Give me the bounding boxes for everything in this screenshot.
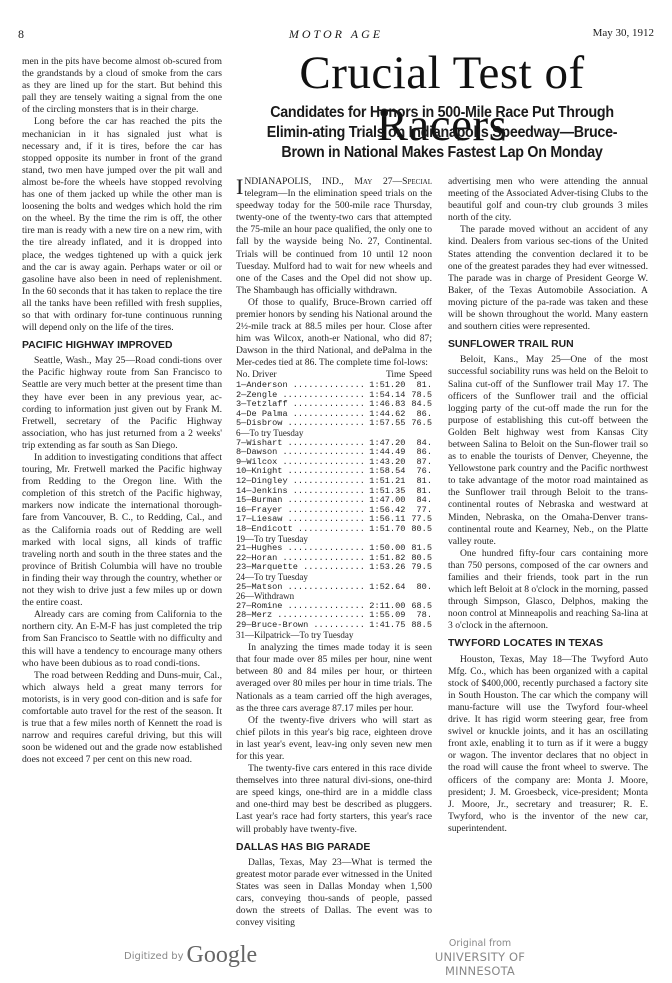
driver-name: Wilcox bbox=[246, 458, 277, 467]
driver-cell: 29—Bruce-Brown .........................… bbox=[236, 621, 364, 631]
time-trials-table: No. Driver Time Speed 1—Anderson .......… bbox=[236, 371, 432, 641]
car-number: 18 bbox=[236, 525, 246, 534]
time-cell: 1:46.83 bbox=[364, 400, 406, 410]
driver-name: Zengle bbox=[246, 391, 277, 400]
speed-cell: 86. bbox=[405, 448, 432, 458]
paragraph: Houston, Texas, May 18—The Twyford Auto … bbox=[448, 654, 648, 835]
speed-cell: 81. bbox=[405, 477, 432, 487]
time-cell: 2:11.00 bbox=[364, 602, 406, 612]
driver-cell: 28—Merz .............................. bbox=[236, 611, 364, 621]
speed-cell: 79.5 bbox=[405, 563, 432, 573]
intro-text: telegram—In the elimination speed trials… bbox=[236, 188, 432, 296]
leader-dots: .............................. bbox=[282, 496, 363, 505]
driver-name: Bruce-Brown bbox=[252, 621, 309, 630]
driver-name: Disbrow bbox=[246, 419, 282, 428]
leader-dots: .............................. bbox=[288, 400, 364, 409]
drop-cap: I bbox=[236, 177, 243, 197]
time-cell: 1:41.75 bbox=[364, 621, 406, 631]
paragraph: Seattle, Wash., May 25—Road condi-tions … bbox=[22, 355, 222, 452]
driver-name: Endicott bbox=[252, 525, 293, 534]
paragraph: Beloit, Kans., May 25—One of the most su… bbox=[448, 354, 648, 548]
dash-separator: — bbox=[245, 535, 254, 544]
table-row: 24—To try Tuesday bbox=[236, 573, 432, 583]
leader-dots: .............................. bbox=[282, 419, 363, 428]
driver-name: Tetzlaff bbox=[246, 400, 287, 409]
driver-status: To try Tuesday bbox=[254, 535, 308, 544]
time-cell: 1:56.11 bbox=[364, 515, 406, 525]
column-3: advertising men who were attending the a… bbox=[448, 176, 648, 835]
original-from-label: Original from bbox=[400, 938, 560, 950]
driver-name: Matson bbox=[252, 583, 283, 592]
driver-cell: 22—Horan .............................. bbox=[236, 554, 364, 564]
dash-separator: — bbox=[245, 631, 254, 640]
table-row: 18—Endicott ............................… bbox=[236, 525, 432, 535]
paragraph: The parade moved without an accident of … bbox=[448, 224, 648, 333]
driver-name: Anderson bbox=[246, 381, 287, 390]
driver-name: Liesaw bbox=[252, 515, 283, 524]
speed-cell: 77. bbox=[405, 506, 432, 516]
paragraph: Dallas, Texas, May 23—What is termed the… bbox=[236, 857, 432, 930]
table-row: 17—Liesaw ..............................… bbox=[236, 515, 432, 525]
speed-cell: 68.5 bbox=[405, 602, 432, 612]
time-cell: 1:56.42 bbox=[364, 506, 406, 516]
leader-dots: .............................. bbox=[282, 506, 363, 515]
original-from-watermark: Original from UNIVERSITY OF MINNESOTA bbox=[400, 938, 560, 978]
driver-cell: 15—Burman .............................. bbox=[236, 496, 364, 506]
car-number: 16 bbox=[236, 506, 246, 515]
driver-name: Hughes bbox=[252, 544, 283, 553]
driver-status: Withdrawn bbox=[254, 592, 294, 601]
speed-cell: 80. bbox=[405, 583, 432, 593]
time-cell: 1:50.00 bbox=[364, 544, 406, 554]
dash-separator: — bbox=[245, 592, 254, 601]
table-row: 21—Hughes ..............................… bbox=[236, 544, 432, 554]
table-row: 15—Burman ..............................… bbox=[236, 496, 432, 506]
speed-cell: 78. bbox=[405, 611, 432, 621]
driver-cell: 16—Frayer .............................. bbox=[236, 506, 364, 516]
driver-name: Horan bbox=[252, 554, 278, 563]
table-row: 28—Merz ..............................1:… bbox=[236, 611, 432, 621]
university-label: UNIVERSITY OF MINNESOTA bbox=[400, 950, 560, 978]
driver-status: To try Tuesday bbox=[250, 429, 304, 438]
driver-name: Dawson bbox=[246, 448, 277, 457]
time-cell: 1:47.00 bbox=[364, 496, 406, 506]
speed-cell: 78.5 bbox=[405, 391, 432, 401]
leader-dots: .............................. bbox=[277, 448, 363, 457]
article-subhead: Candidates for Honors in 500-Mile Race P… bbox=[247, 103, 637, 163]
leader-dots: .............................. bbox=[277, 391, 363, 400]
time-cell: 1:58.54 bbox=[364, 467, 406, 477]
driver-cell: 4—De Palma .............................… bbox=[236, 410, 364, 420]
driver-name: Burman bbox=[252, 496, 283, 505]
driver-cell: 3—Tetzlaff .............................… bbox=[236, 400, 364, 410]
driver-cell: 14—Jenkins .............................… bbox=[236, 487, 364, 497]
table-row: 1—Anderson .............................… bbox=[236, 381, 432, 391]
car-number: 27 bbox=[236, 602, 246, 611]
car-number: 12 bbox=[236, 477, 246, 486]
table-row: 23—Marquette ...........................… bbox=[236, 563, 432, 573]
speed-cell: 84.5 bbox=[405, 400, 432, 410]
table-row: 29—Bruce-Brown .........................… bbox=[236, 621, 432, 631]
table-row: 6—To try Tuesday bbox=[236, 429, 432, 439]
speed-cell: 76.5 bbox=[405, 419, 432, 429]
header-driver: No. Driver bbox=[236, 371, 364, 382]
car-number: 28 bbox=[236, 611, 246, 620]
leader-dots: .............................. bbox=[293, 525, 364, 534]
time-cell: 1:43.20 bbox=[364, 458, 406, 468]
paragraph: men in the pits have become almost ob-sc… bbox=[22, 56, 222, 116]
table-row: 5—Disbrow ..............................… bbox=[236, 419, 432, 429]
time-cell: 1:52.64 bbox=[364, 583, 406, 593]
time-cell: 1:57.55 bbox=[364, 419, 406, 429]
driver-cell: 21—Hughes .............................. bbox=[236, 544, 364, 554]
driver-name: Knight bbox=[252, 467, 283, 476]
speed-cell: 77.5 bbox=[405, 515, 432, 525]
leader-dots: .............................. bbox=[272, 611, 363, 620]
driver-cell: 9—Wilcox .............................. bbox=[236, 458, 364, 468]
paragraph: In addition to investigating conditions … bbox=[22, 452, 222, 609]
magazine-title: MOTOR AGE bbox=[18, 27, 654, 42]
driver-cell: 25—Matson .............................. bbox=[236, 583, 364, 593]
car-number: 24 bbox=[236, 573, 245, 582]
paragraph: Of those to qualify, Bruce-Brown carried… bbox=[236, 297, 432, 370]
leader-dots: .............................. bbox=[288, 381, 364, 390]
leader-dots: .............................. bbox=[288, 487, 364, 496]
speed-cell: 80.5 bbox=[405, 554, 432, 564]
time-cell: 1:54.14 bbox=[364, 391, 406, 401]
leader-dots: .............................. bbox=[298, 563, 364, 572]
speed-cell: 76. bbox=[405, 467, 432, 477]
driver-cell: 10—Knight .............................. bbox=[236, 467, 364, 477]
leader-dots: .............................. bbox=[288, 477, 364, 486]
row-note: 26—Withdrawn bbox=[236, 592, 432, 602]
car-number: 26 bbox=[236, 592, 245, 601]
driver-cell: 1—Anderson .............................… bbox=[236, 381, 364, 391]
table-row: 14—Jenkins .............................… bbox=[236, 487, 432, 497]
speed-cell: 81.5 bbox=[405, 544, 432, 554]
table-row: 12—Dingley .............................… bbox=[236, 477, 432, 487]
time-cell: 1:51.21 bbox=[364, 477, 406, 487]
table-row: 16—Frayer ..............................… bbox=[236, 506, 432, 516]
paragraph: One hundred fifty-four cars containing m… bbox=[448, 548, 648, 633]
section-heading-sunflower: SUNFLOWER TRAIL RUN bbox=[448, 339, 648, 351]
section-heading-twyford: TWYFORD LOCATES IN TEXAS bbox=[448, 638, 648, 650]
speed-cell: 84. bbox=[405, 439, 432, 449]
car-number: 15 bbox=[236, 496, 246, 505]
car-number: 10 bbox=[236, 467, 246, 476]
table-row: 4—De Palma .............................… bbox=[236, 410, 432, 420]
car-number: 22 bbox=[236, 554, 246, 563]
speed-cell: 80.5 bbox=[405, 525, 432, 535]
table-row: 2—Zengle ..............................1… bbox=[236, 391, 432, 401]
row-note: 19—To try Tuesday bbox=[236, 535, 432, 545]
dash-separator: — bbox=[245, 573, 254, 582]
driver-name: Merz bbox=[252, 611, 273, 620]
driver-cell: 27—Romine .............................. bbox=[236, 602, 364, 612]
leader-dots: .............................. bbox=[282, 515, 363, 524]
driver-name: Romine bbox=[252, 602, 283, 611]
leader-dots: .............................. bbox=[277, 554, 363, 563]
row-note: 24—To try Tuesday bbox=[236, 573, 432, 583]
column-2: INDIANAPOLIS, IND., May 27—Special teleg… bbox=[236, 176, 432, 929]
car-number: 19 bbox=[236, 535, 245, 544]
car-number: 31 bbox=[236, 631, 245, 640]
section-heading-pacific: PACIFIC HIGHWAY IMPROVED bbox=[22, 340, 222, 352]
driver-cell: 12—Dingley .............................… bbox=[236, 477, 364, 487]
intro-paragraph: INDIANAPOLIS, IND., May 27—Special teleg… bbox=[236, 176, 432, 297]
driver-cell: 23—Marquette ...........................… bbox=[236, 563, 364, 573]
driver-name: Dingley bbox=[252, 477, 288, 486]
leader-dots: .............................. bbox=[282, 583, 363, 592]
time-cell: 1:47.20 bbox=[364, 439, 406, 449]
car-number: 25 bbox=[236, 583, 246, 592]
car-number: 21 bbox=[236, 544, 246, 553]
leader-dots: .............................. bbox=[282, 439, 363, 448]
driver-cell: 5—Disbrow .............................. bbox=[236, 419, 364, 429]
driver-status: Kilpatrick—To try Tuesday bbox=[254, 631, 353, 640]
paragraph: Already cars are coming from California … bbox=[22, 609, 222, 669]
speed-cell: 84. bbox=[405, 496, 432, 506]
table-row: 19—To try Tuesday bbox=[236, 535, 432, 545]
car-number: 29 bbox=[236, 621, 246, 630]
speed-cell: 81. bbox=[405, 381, 432, 391]
driver-name: Jenkins bbox=[252, 487, 288, 496]
driver-status: To try Tuesday bbox=[254, 573, 308, 582]
driver-name: Frayer bbox=[252, 506, 283, 515]
leader-dots: .............................. bbox=[308, 621, 363, 630]
driver-name: Marquette bbox=[252, 563, 298, 572]
table-row: 22—Horan ..............................1… bbox=[236, 554, 432, 564]
issue-date: May 30, 1912 bbox=[593, 27, 654, 39]
paragraph: The road between Redding and Duns-muir, … bbox=[22, 670, 222, 767]
dateline: NDIANAPOLIS, IND., May 27—Special bbox=[244, 176, 432, 187]
leader-dots: .............................. bbox=[288, 410, 364, 419]
row-note: 31—Kilpatrick—To try Tuesday bbox=[236, 631, 432, 641]
column-1: men in the pits have become almost ob-sc… bbox=[22, 56, 222, 766]
car-number: 17 bbox=[236, 515, 246, 524]
car-number: 23 bbox=[236, 563, 246, 572]
paragraph: In analyzing the times made today it is … bbox=[236, 642, 432, 715]
speed-cell: 87. bbox=[405, 458, 432, 468]
page-header: 8 MOTOR AGE May 30, 1912 bbox=[18, 27, 654, 43]
leader-dots: .............................. bbox=[282, 544, 363, 553]
driver-cell: 7—Wishart .............................. bbox=[236, 439, 364, 449]
paragraph: Of the twenty-five drivers who will star… bbox=[236, 715, 432, 763]
leader-dots: .............................. bbox=[282, 602, 363, 611]
speed-cell: 88.5 bbox=[405, 621, 432, 631]
car-number: 14 bbox=[236, 487, 246, 496]
speed-cell: 86. bbox=[405, 410, 432, 420]
leader-dots: .............................. bbox=[282, 467, 363, 476]
time-cell: 1:44.62 bbox=[364, 410, 406, 420]
digitized-by-watermark: Digitized byGoogle bbox=[124, 942, 257, 969]
google-logo: Google bbox=[187, 942, 258, 968]
time-cell: 1:55.09 bbox=[364, 611, 406, 621]
table-row: 26—Withdrawn bbox=[236, 592, 432, 602]
driver-name: Wishart bbox=[246, 439, 282, 448]
driver-cell: 17—Liesaw .............................. bbox=[236, 515, 364, 525]
driver-cell: 2—Zengle .............................. bbox=[236, 391, 364, 401]
speed-cell: 81. bbox=[405, 487, 432, 497]
table-header-row: No. Driver Time Speed bbox=[236, 371, 432, 382]
table-row: 3—Tetzlaff .............................… bbox=[236, 400, 432, 410]
driver-cell: 18—Endicott ............................… bbox=[236, 525, 364, 535]
section-heading-dallas: DALLAS HAS BIG PARADE bbox=[236, 842, 432, 854]
time-cell: 1:51.70 bbox=[364, 525, 406, 535]
table-body: 1—Anderson .............................… bbox=[236, 381, 432, 640]
table-row: 8—Dawson ..............................1… bbox=[236, 448, 432, 458]
time-cell: 1:51.35 bbox=[364, 487, 406, 497]
driver-name: De Palma bbox=[246, 410, 287, 419]
paragraph: advertising men who were attending the a… bbox=[448, 176, 648, 224]
table-row: 27—Romine ..............................… bbox=[236, 602, 432, 612]
table-row: 10—Knight ..............................… bbox=[236, 467, 432, 477]
table-row: 7—Wishart ..............................… bbox=[236, 439, 432, 449]
paragraph: The twenty-five cars entered in this rac… bbox=[236, 763, 432, 836]
header-time: Time bbox=[364, 371, 406, 382]
time-cell: 1:51.20 bbox=[364, 381, 406, 391]
header-speed: Speed bbox=[405, 371, 432, 382]
table-row: 25—Matson ..............................… bbox=[236, 583, 432, 593]
paragraph: Long before the car has reached the pits… bbox=[22, 116, 222, 334]
row-note: 6—To try Tuesday bbox=[236, 429, 432, 439]
driver-cell: 8—Dawson .............................. bbox=[236, 448, 364, 458]
digitized-by-label: Digitized by bbox=[124, 951, 184, 962]
time-cell: 1:44.49 bbox=[364, 448, 406, 458]
time-cell: 1:51.82 bbox=[364, 554, 406, 564]
dash-separator: — bbox=[241, 429, 250, 438]
table-row: 9—Wilcox ..............................1… bbox=[236, 458, 432, 468]
table-row: 31—Kilpatrick—To try Tuesday bbox=[236, 631, 432, 641]
time-cell: 1:53.26 bbox=[364, 563, 406, 573]
leader-dots: .............................. bbox=[277, 458, 363, 467]
